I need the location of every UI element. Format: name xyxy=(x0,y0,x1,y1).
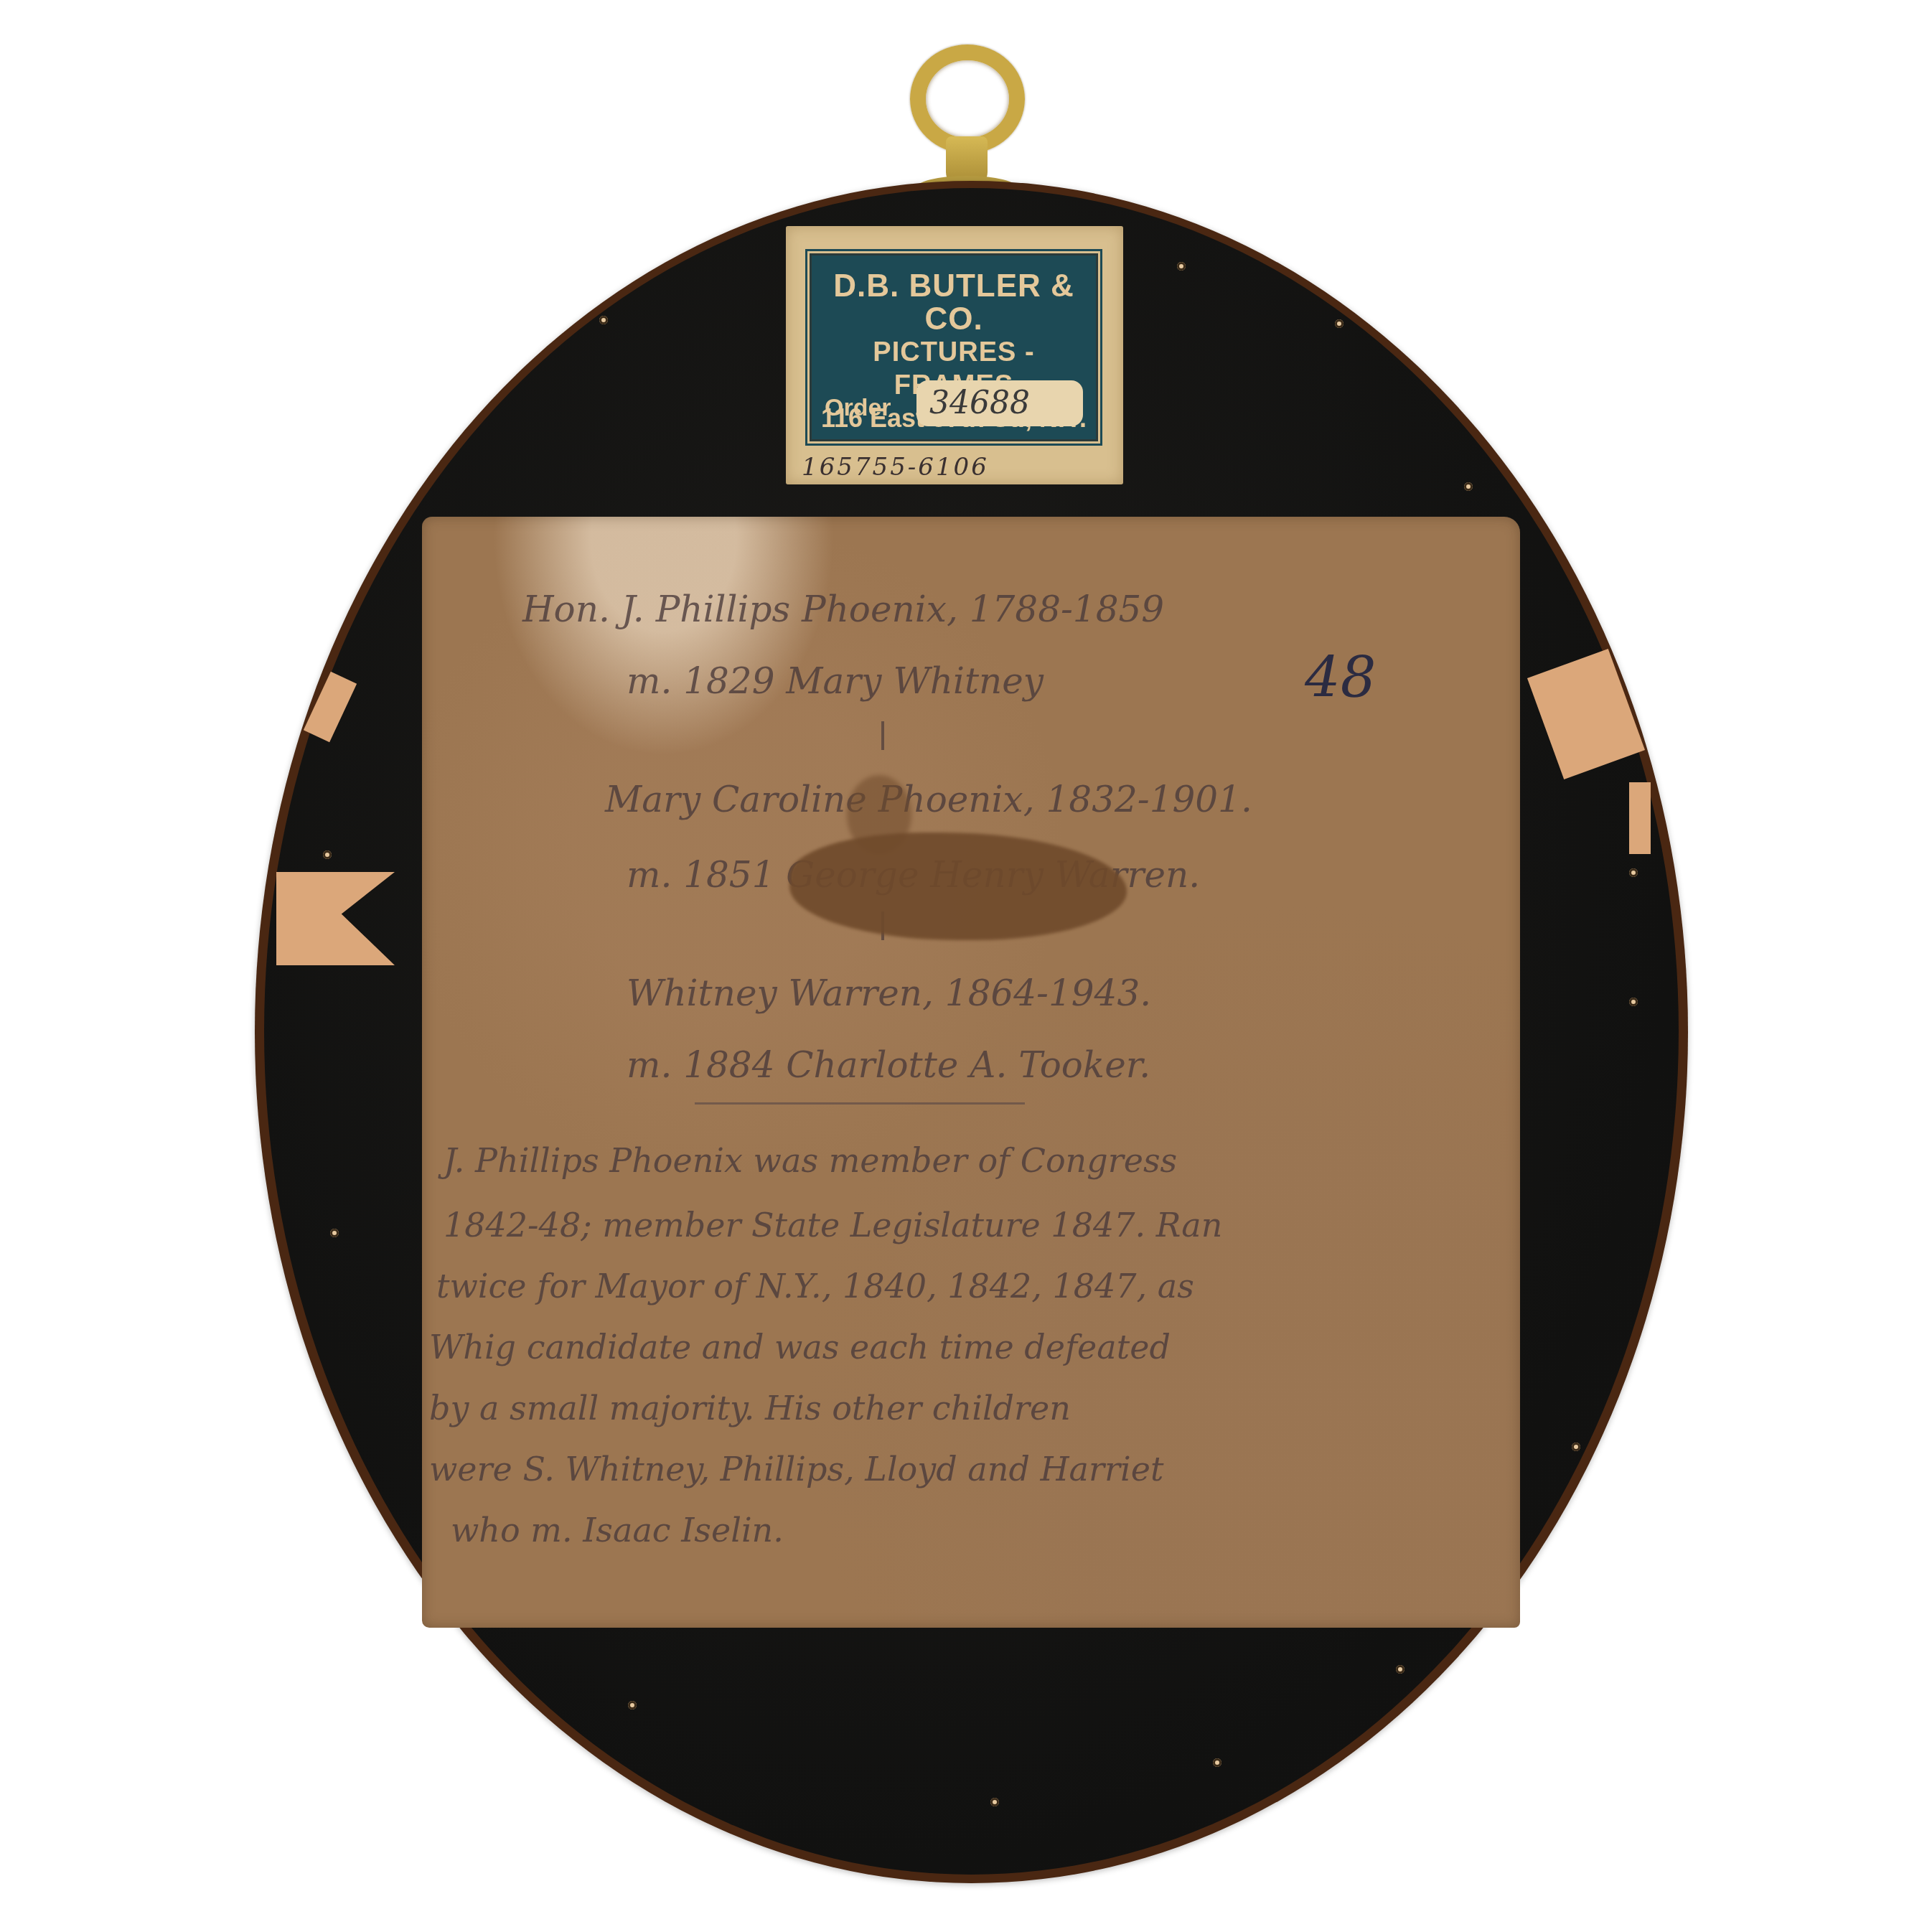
photo-stage: D.B. BUTLER & CO. PICTURES - FRAMES 116 … xyxy=(0,0,1932,1932)
dealer-name: D.B. BUTLER & CO. xyxy=(812,270,1096,336)
note-line: m. 1829 Mary Whitney xyxy=(627,660,1044,702)
nail-hole xyxy=(1572,1443,1580,1451)
bio-line: twice for Mayor of N.Y., 1840, 1842, 184… xyxy=(436,1267,1194,1305)
nail-hole xyxy=(1177,262,1186,271)
note-divider xyxy=(695,1102,1025,1105)
handwritten-note: Hon. J. Phillips Phoenix, 1788-1859 m. 1… xyxy=(422,517,1520,1628)
bio-line: J. Phillips Phoenix was member of Congre… xyxy=(444,1141,1177,1180)
nail-hole xyxy=(1629,998,1638,1006)
order-number: 34688 xyxy=(916,380,1083,426)
note-line: Mary Caroline Phoenix, 1832-1901. xyxy=(605,779,1252,820)
bio-line: by a small majority. His other children xyxy=(429,1389,1071,1427)
note-line: Hon. J. Phillips Phoenix, 1788-1859 xyxy=(522,588,1164,630)
note-line: m. 1884 Charlotte A. Tooker. xyxy=(627,1044,1150,1086)
dealer-label-panel: D.B. BUTLER & CO. PICTURES - FRAMES 116 … xyxy=(810,253,1098,441)
bio-line: 1842-48; member State Legislature 1847. … xyxy=(444,1206,1222,1244)
nail-hole xyxy=(1629,868,1638,877)
nail-hole xyxy=(1464,482,1473,491)
stock-number: 165755-6106 xyxy=(802,453,989,482)
note-line: Whitney Warren, 1864-1943. xyxy=(627,972,1151,1014)
order-label: Order xyxy=(825,394,891,422)
nail-hole xyxy=(628,1701,637,1710)
bio-line: were S. Whitney, Phillips, Lloyd and Har… xyxy=(429,1450,1163,1488)
paint-chip xyxy=(1629,782,1651,854)
nail-hole xyxy=(1396,1665,1405,1674)
nail-hole xyxy=(323,850,332,859)
bio-line: who m. Isaac Iselin. xyxy=(451,1511,784,1549)
nail-hole xyxy=(1335,319,1344,328)
nail-hole xyxy=(1213,1758,1221,1767)
nail-hole xyxy=(599,316,608,324)
genealogy-connector xyxy=(881,721,884,750)
nail-hole xyxy=(330,1229,339,1237)
order-row: Order 34688 xyxy=(825,376,1083,426)
inventory-number: 48 xyxy=(1305,646,1376,711)
bio-line: Whig candidate and was each time defeate… xyxy=(429,1328,1171,1366)
nail-hole xyxy=(990,1798,999,1806)
handwritten-card: Hon. J. Phillips Phoenix, 1788-1859 m. 1… xyxy=(422,517,1520,1628)
dealer-label: D.B. BUTLER & CO. PICTURES - FRAMES 116 … xyxy=(786,226,1123,484)
